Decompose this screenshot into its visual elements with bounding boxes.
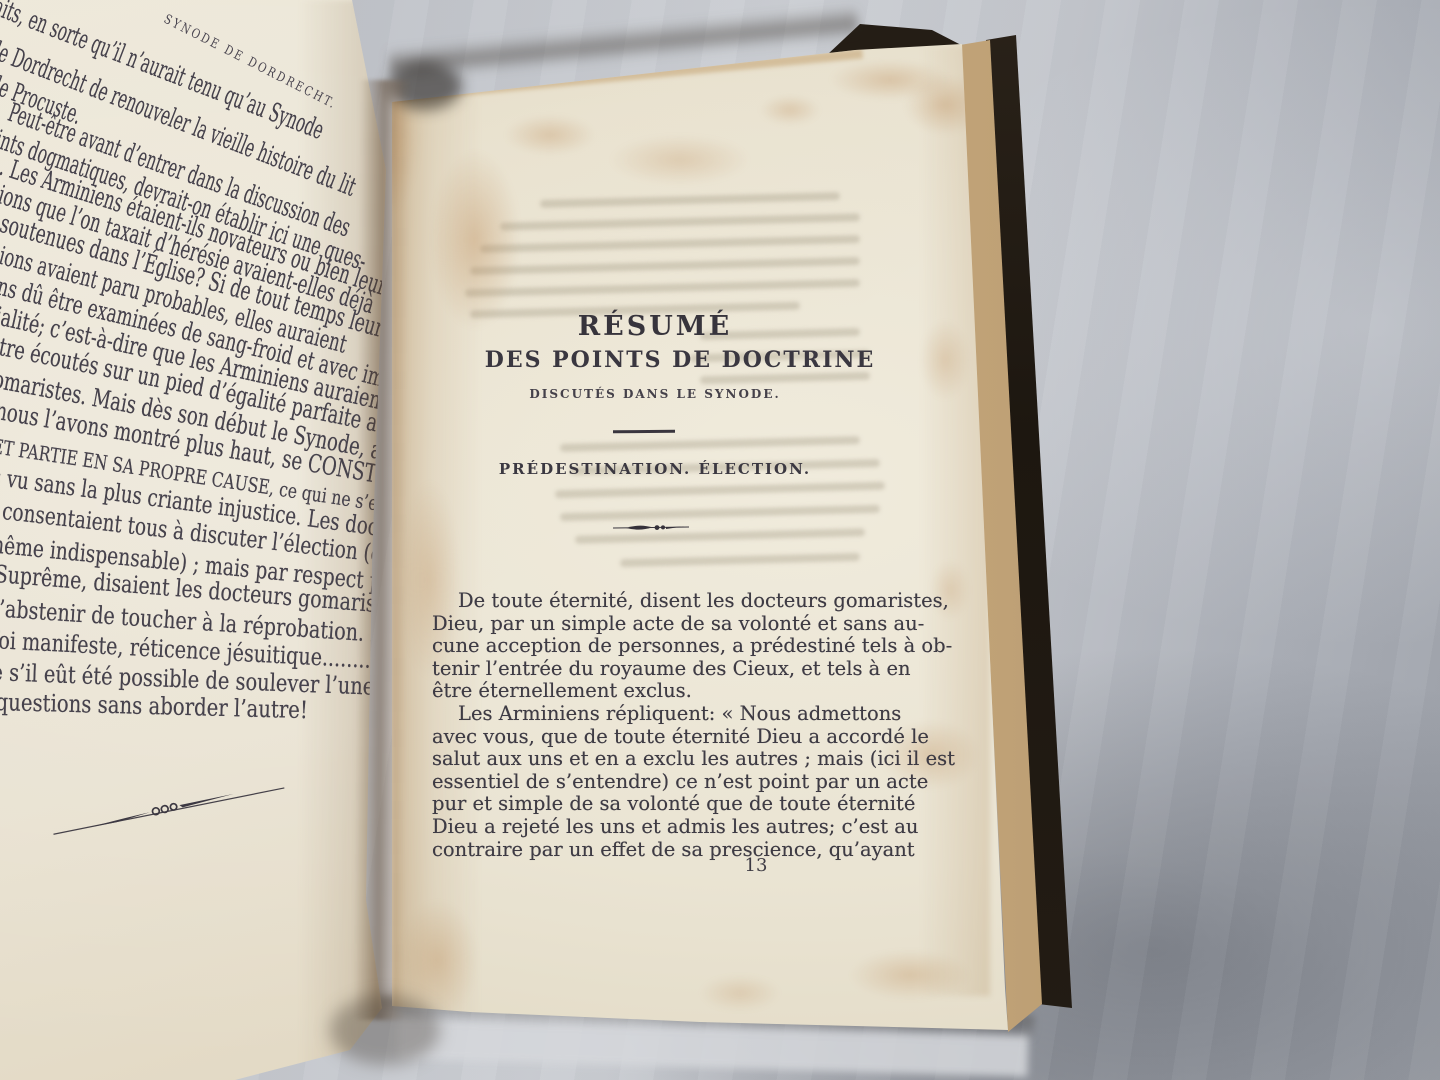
- divider-rule: [613, 430, 675, 434]
- show-through-line: [555, 482, 885, 499]
- body-text-line: Dieu, par un simple acte de sa volonté e…: [432, 613, 882, 636]
- body-text-line: être éternellement exclus.: [432, 680, 882, 703]
- section-heading: PRÉDESTINATION. ÉLECTION.: [420, 460, 890, 478]
- show-through-line: [470, 257, 860, 275]
- show-through-line: [480, 235, 860, 253]
- show-through-line: [560, 505, 880, 521]
- body-text: De toute éternité, disent les docteurs g…: [432, 590, 882, 861]
- show-through-line: [560, 436, 860, 452]
- foxing-spot: [920, 320, 970, 400]
- chapter-title: RÉSUMÉ: [420, 311, 890, 342]
- foxing-spot: [760, 95, 820, 125]
- show-through-line: [700, 372, 870, 384]
- photo-open-book: RÉSUMÉ DES POINTS DE DOCTRINE DISCUTÉS D…: [0, 0, 1440, 1080]
- foxing-spot: [830, 60, 950, 100]
- section-ornament-icon: [612, 521, 690, 535]
- body-text-line: tenir l’entrée du royaume des Cieux, et …: [432, 658, 882, 681]
- body-text-line: pur et simple de sa volonté que de toute…: [432, 793, 882, 816]
- chapter-caption: DISCUTÉS DANS LE SYNODE.: [420, 387, 890, 401]
- body-text-line: contraire par un effet de sa prescience,…: [432, 839, 882, 862]
- chapter-subtitle: DES POINTS DE DOCTRINE: [445, 347, 915, 373]
- foxing-spot: [430, 150, 520, 330]
- body-text-line: essentiel de s’entendre) ce n’est point …: [432, 771, 882, 794]
- body-text-line: avec vous, que de toute éternité Dieu a …: [432, 726, 882, 749]
- body-text-line: De toute éternité, disent les docteurs g…: [458, 590, 882, 613]
- body-text-line: Dieu a rejeté les uns et admis les autre…: [432, 816, 882, 839]
- gutter-shadow: [353, 80, 412, 1020]
- show-through-line: [540, 192, 840, 208]
- tailpiece-ornament-icon: [49, 782, 292, 843]
- foxing-spot: [700, 975, 780, 1011]
- foxing-spot: [610, 135, 750, 185]
- show-through-line: [620, 553, 860, 567]
- body-text-line: Les Arminiens répliquent: « Nous admetto…: [458, 703, 882, 726]
- foxing-spot: [850, 950, 970, 1000]
- show-through-line: [465, 279, 860, 297]
- gutter-bottom-shadow: [330, 995, 440, 1065]
- body-text-line: salut aux uns et en a exclu les autres ;…: [432, 748, 882, 771]
- foxing-spot: [505, 115, 595, 155]
- show-through-line: [500, 213, 860, 230]
- body-text-line: cune acception de personnes, a prédestin…: [432, 635, 882, 658]
- page-number: 13: [732, 855, 780, 876]
